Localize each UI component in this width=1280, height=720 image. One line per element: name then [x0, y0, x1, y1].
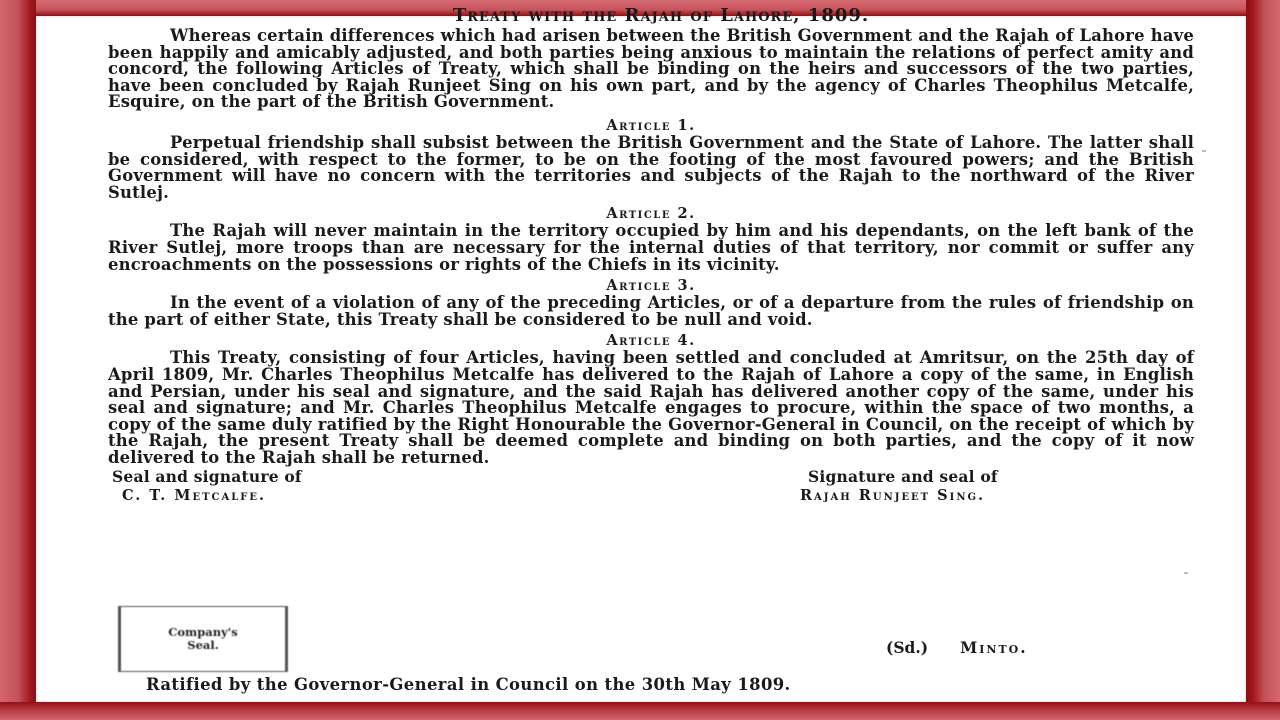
- treaty-text: Treaty with the Rajah of Lahore, 1809. W…: [108, 4, 1194, 508]
- scan-speck: [1184, 572, 1188, 574]
- signature-left: Seal and signature of C. T. Metcalfe.: [108, 468, 508, 506]
- signature-right: Signature and seal of Rajah Runjeet Sing…: [808, 468, 1188, 506]
- frame-left-edge: [0, 0, 36, 720]
- scan-speck: [1202, 150, 1206, 152]
- signature-block: Seal and signature of C. T. Metcalfe. Si…: [108, 468, 1194, 508]
- signature-right-name: Rajah Runjeet Sing.: [800, 486, 1188, 506]
- company-seal-box: Company's Seal.: [118, 606, 288, 672]
- frame-bottom-edge: [0, 702, 1280, 720]
- seal-line-2: Seal.: [187, 639, 218, 652]
- article-3-text: In the event of a violation of any of th…: [108, 295, 1194, 328]
- article-2-text: The Rajah will never maintain in the ter…: [108, 223, 1194, 273]
- article-1-text: Perpetual friendship shall subsist betwe…: [108, 135, 1194, 201]
- document-title: Treaty with the Rajah of Lahore, 1809.: [128, 4, 1194, 28]
- signature-left-label: Seal and signature of: [108, 468, 508, 486]
- picture-frame: Treaty with the Rajah of Lahore, 1809. W…: [0, 0, 1280, 720]
- preamble-paragraph: Whereas certain differences which had ar…: [108, 28, 1194, 111]
- signed-minto: (Sd.)Minto.: [886, 638, 1028, 657]
- signed-prefix: (Sd.): [886, 638, 928, 657]
- frame-right-edge: [1246, 0, 1280, 720]
- signed-name: Minto.: [960, 638, 1028, 657]
- signature-left-name: C. T. Metcalfe.: [108, 486, 508, 506]
- signature-right-label: Signature and seal of: [808, 468, 1188, 486]
- article-4-text: This Treaty, consisting of four Articles…: [108, 350, 1194, 466]
- ratification-line: Ratified by the Governor-General in Coun…: [146, 675, 791, 694]
